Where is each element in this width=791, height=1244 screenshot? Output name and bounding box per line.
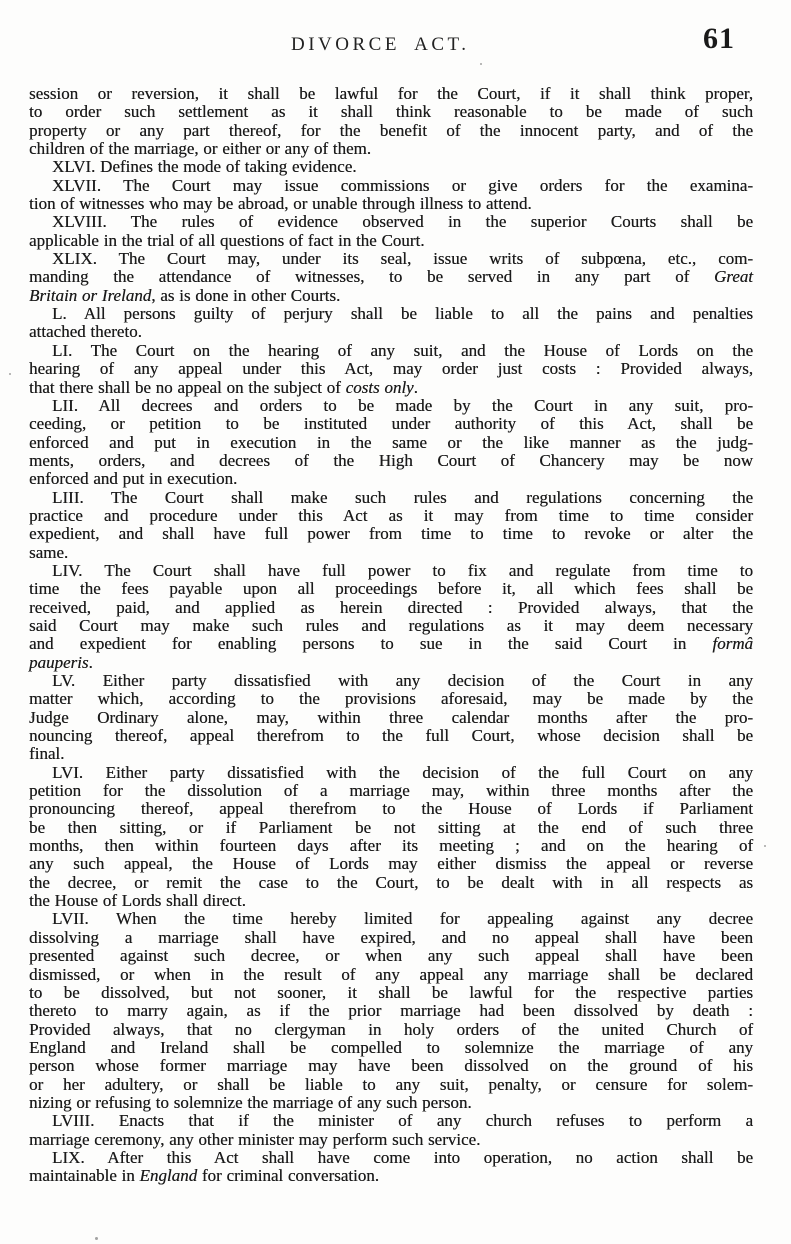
- text-line: tion of witnesses who may be abroad, or …: [29, 195, 753, 213]
- scanned-document-page: DIVORCE ACT. 61 session or reversion, it…: [0, 0, 791, 1244]
- text-line: LVIII. Enacts that if the minister of an…: [29, 1112, 753, 1130]
- scan-speck: [480, 63, 482, 65]
- text-line: attached thereto.: [29, 323, 753, 341]
- text-line: hearing of any appeal under this Act, ma…: [29, 360, 753, 378]
- text-line: Britain or Ireland, as is done in other …: [29, 287, 753, 305]
- section-xlvi: XLVI. Defines the mode of taking evidenc…: [29, 158, 753, 176]
- text-line: LI. The Court on the hearing of any suit…: [29, 342, 753, 360]
- text-line: matter which, according to the provision…: [29, 690, 753, 708]
- text-line: maintainable in England for criminal con…: [29, 1167, 753, 1185]
- text-line: pauperis.: [29, 654, 753, 672]
- text-line: Provided always, that no clergyman in ho…: [29, 1021, 753, 1039]
- text-line: LIX. After this Act shall have come into…: [29, 1149, 753, 1167]
- section-li: LI. The Court on the hearing of any suit…: [29, 342, 753, 397]
- page-header: DIVORCE ACT. 61: [0, 0, 791, 80]
- text-line: ceeding, or petition to be instituted un…: [29, 415, 753, 433]
- text-line: enforced and put in execution.: [29, 470, 753, 488]
- scan-speck: [95, 1237, 98, 1240]
- section-lvii: LVII. When the time hereby limited for a…: [29, 910, 753, 1112]
- section-lvi: LVI. Either party dissatisfied with the …: [29, 764, 753, 911]
- scan-speck: [31, 716, 33, 718]
- scan-speck: [764, 845, 766, 847]
- section-lv: LV. Either party dissatisfied with any d…: [29, 672, 753, 764]
- page-title: DIVORCE ACT.: [291, 34, 469, 56]
- text-line: XLVII. The Court may issue commissions o…: [29, 177, 753, 195]
- scan-speck: [9, 373, 11, 375]
- text-line: XLVI. Defines the mode of taking evidenc…: [29, 158, 753, 176]
- text-line: thereto to marry again, as if the prior …: [29, 1002, 753, 1020]
- text-line: received, paid, and applied as herein di…: [29, 599, 753, 617]
- text-line: dissolving a marriage shall have expired…: [29, 929, 753, 947]
- section-lix: LIX. After this Act shall have come into…: [29, 1149, 753, 1186]
- text-line: LVII. When the time hereby limited for a…: [29, 910, 753, 928]
- text-line: marriage ceremony, any other minister ma…: [29, 1131, 753, 1149]
- text-line: any such appeal, the House of Lords may …: [29, 855, 753, 873]
- text-line: LV. Either party dissatisfied with any d…: [29, 672, 753, 690]
- section-liii: LIII. The Court shall make such rules an…: [29, 489, 753, 562]
- text-line: final.: [29, 745, 753, 763]
- text-line: dismissed, or when in the result of any …: [29, 966, 753, 984]
- text-line: presented against such decree, or when a…: [29, 947, 753, 965]
- text-line: XLIX. The Court may, under its seal, iss…: [29, 250, 753, 268]
- text-line: L. All persons guilty of perjury shall b…: [29, 305, 753, 323]
- text-line: and expedient for enabling persons to su…: [29, 635, 753, 653]
- text-line: property or any part thereof, for the be…: [29, 122, 753, 140]
- text-line: manding the attendance of witnesses, to …: [29, 268, 753, 286]
- text-line: or her adultery, or shall be liable to a…: [29, 1076, 753, 1094]
- text-line: LIV. The Court shall have full power to …: [29, 562, 753, 580]
- section-xlix: XLIX. The Court may, under its seal, iss…: [29, 250, 753, 305]
- section-xlvii: XLVII. The Court may issue commissions o…: [29, 177, 753, 214]
- text-line: person whose former marriage may have be…: [29, 1057, 753, 1075]
- text-line: enforced and put in execution in the sam…: [29, 434, 753, 452]
- paragraph-continuation: session or reversion, it shall be lawful…: [29, 85, 753, 158]
- text-line: practice and procedure under this Act as…: [29, 507, 753, 525]
- text-line: session or reversion, it shall be lawful…: [29, 85, 753, 103]
- text-line: nouncing thereof, appeal therefrom to th…: [29, 727, 753, 745]
- text-line: the decree, or remit the case to the Cou…: [29, 874, 753, 892]
- text-line: that there shall be no appeal on the sub…: [29, 379, 753, 397]
- text-line: Judge Ordinary alone, may, within three …: [29, 709, 753, 727]
- text-line: petition for the dissolution of a marria…: [29, 782, 753, 800]
- page-number: 61: [703, 22, 735, 56]
- text-line: said Court may make such rules and regul…: [29, 617, 753, 635]
- text-line: same.: [29, 544, 753, 562]
- text-line: England and Ireland shall be compelled t…: [29, 1039, 753, 1057]
- text-line: children of the marriage, or either or a…: [29, 140, 753, 158]
- text-line: months, then within fourteen days after …: [29, 837, 753, 855]
- section-xlviii: XLVIII. The rules of evidence observed i…: [29, 213, 753, 250]
- text-line: applicable in the trial of all questions…: [29, 232, 753, 250]
- text-line: time the fees payable upon all proceedin…: [29, 580, 753, 598]
- section-liv: LIV. The Court shall have full power to …: [29, 562, 753, 672]
- act-body-text: session or reversion, it shall be lawful…: [29, 85, 753, 1186]
- section-lviii: LVIII. Enacts that if the minister of an…: [29, 1112, 753, 1149]
- text-line: to order such settlement as it shall thi…: [29, 103, 753, 121]
- text-line: nizing or refusing to solemnize the marr…: [29, 1094, 753, 1112]
- section-l: L. All persons guilty of perjury shall b…: [29, 305, 753, 342]
- text-line: LII. All decrees and orders to be made b…: [29, 397, 753, 415]
- text-line: XLVIII. The rules of evidence observed i…: [29, 213, 753, 231]
- text-line: the House of Lords shall direct.: [29, 892, 753, 910]
- text-line: pronouncing thereof, appeal therefrom to…: [29, 800, 753, 818]
- section-lii: LII. All decrees and orders to be made b…: [29, 397, 753, 489]
- text-line: expedient, and shall have full power fro…: [29, 525, 753, 543]
- text-line: LVI. Either party dissatisfied with the …: [29, 764, 753, 782]
- text-line: LIII. The Court shall make such rules an…: [29, 489, 753, 507]
- text-line: be then sitting, or if Parliament be not…: [29, 819, 753, 837]
- text-line: to be dissolved, but not sooner, it shal…: [29, 984, 753, 1002]
- text-line: ments, orders, and decrees of the High C…: [29, 452, 753, 470]
